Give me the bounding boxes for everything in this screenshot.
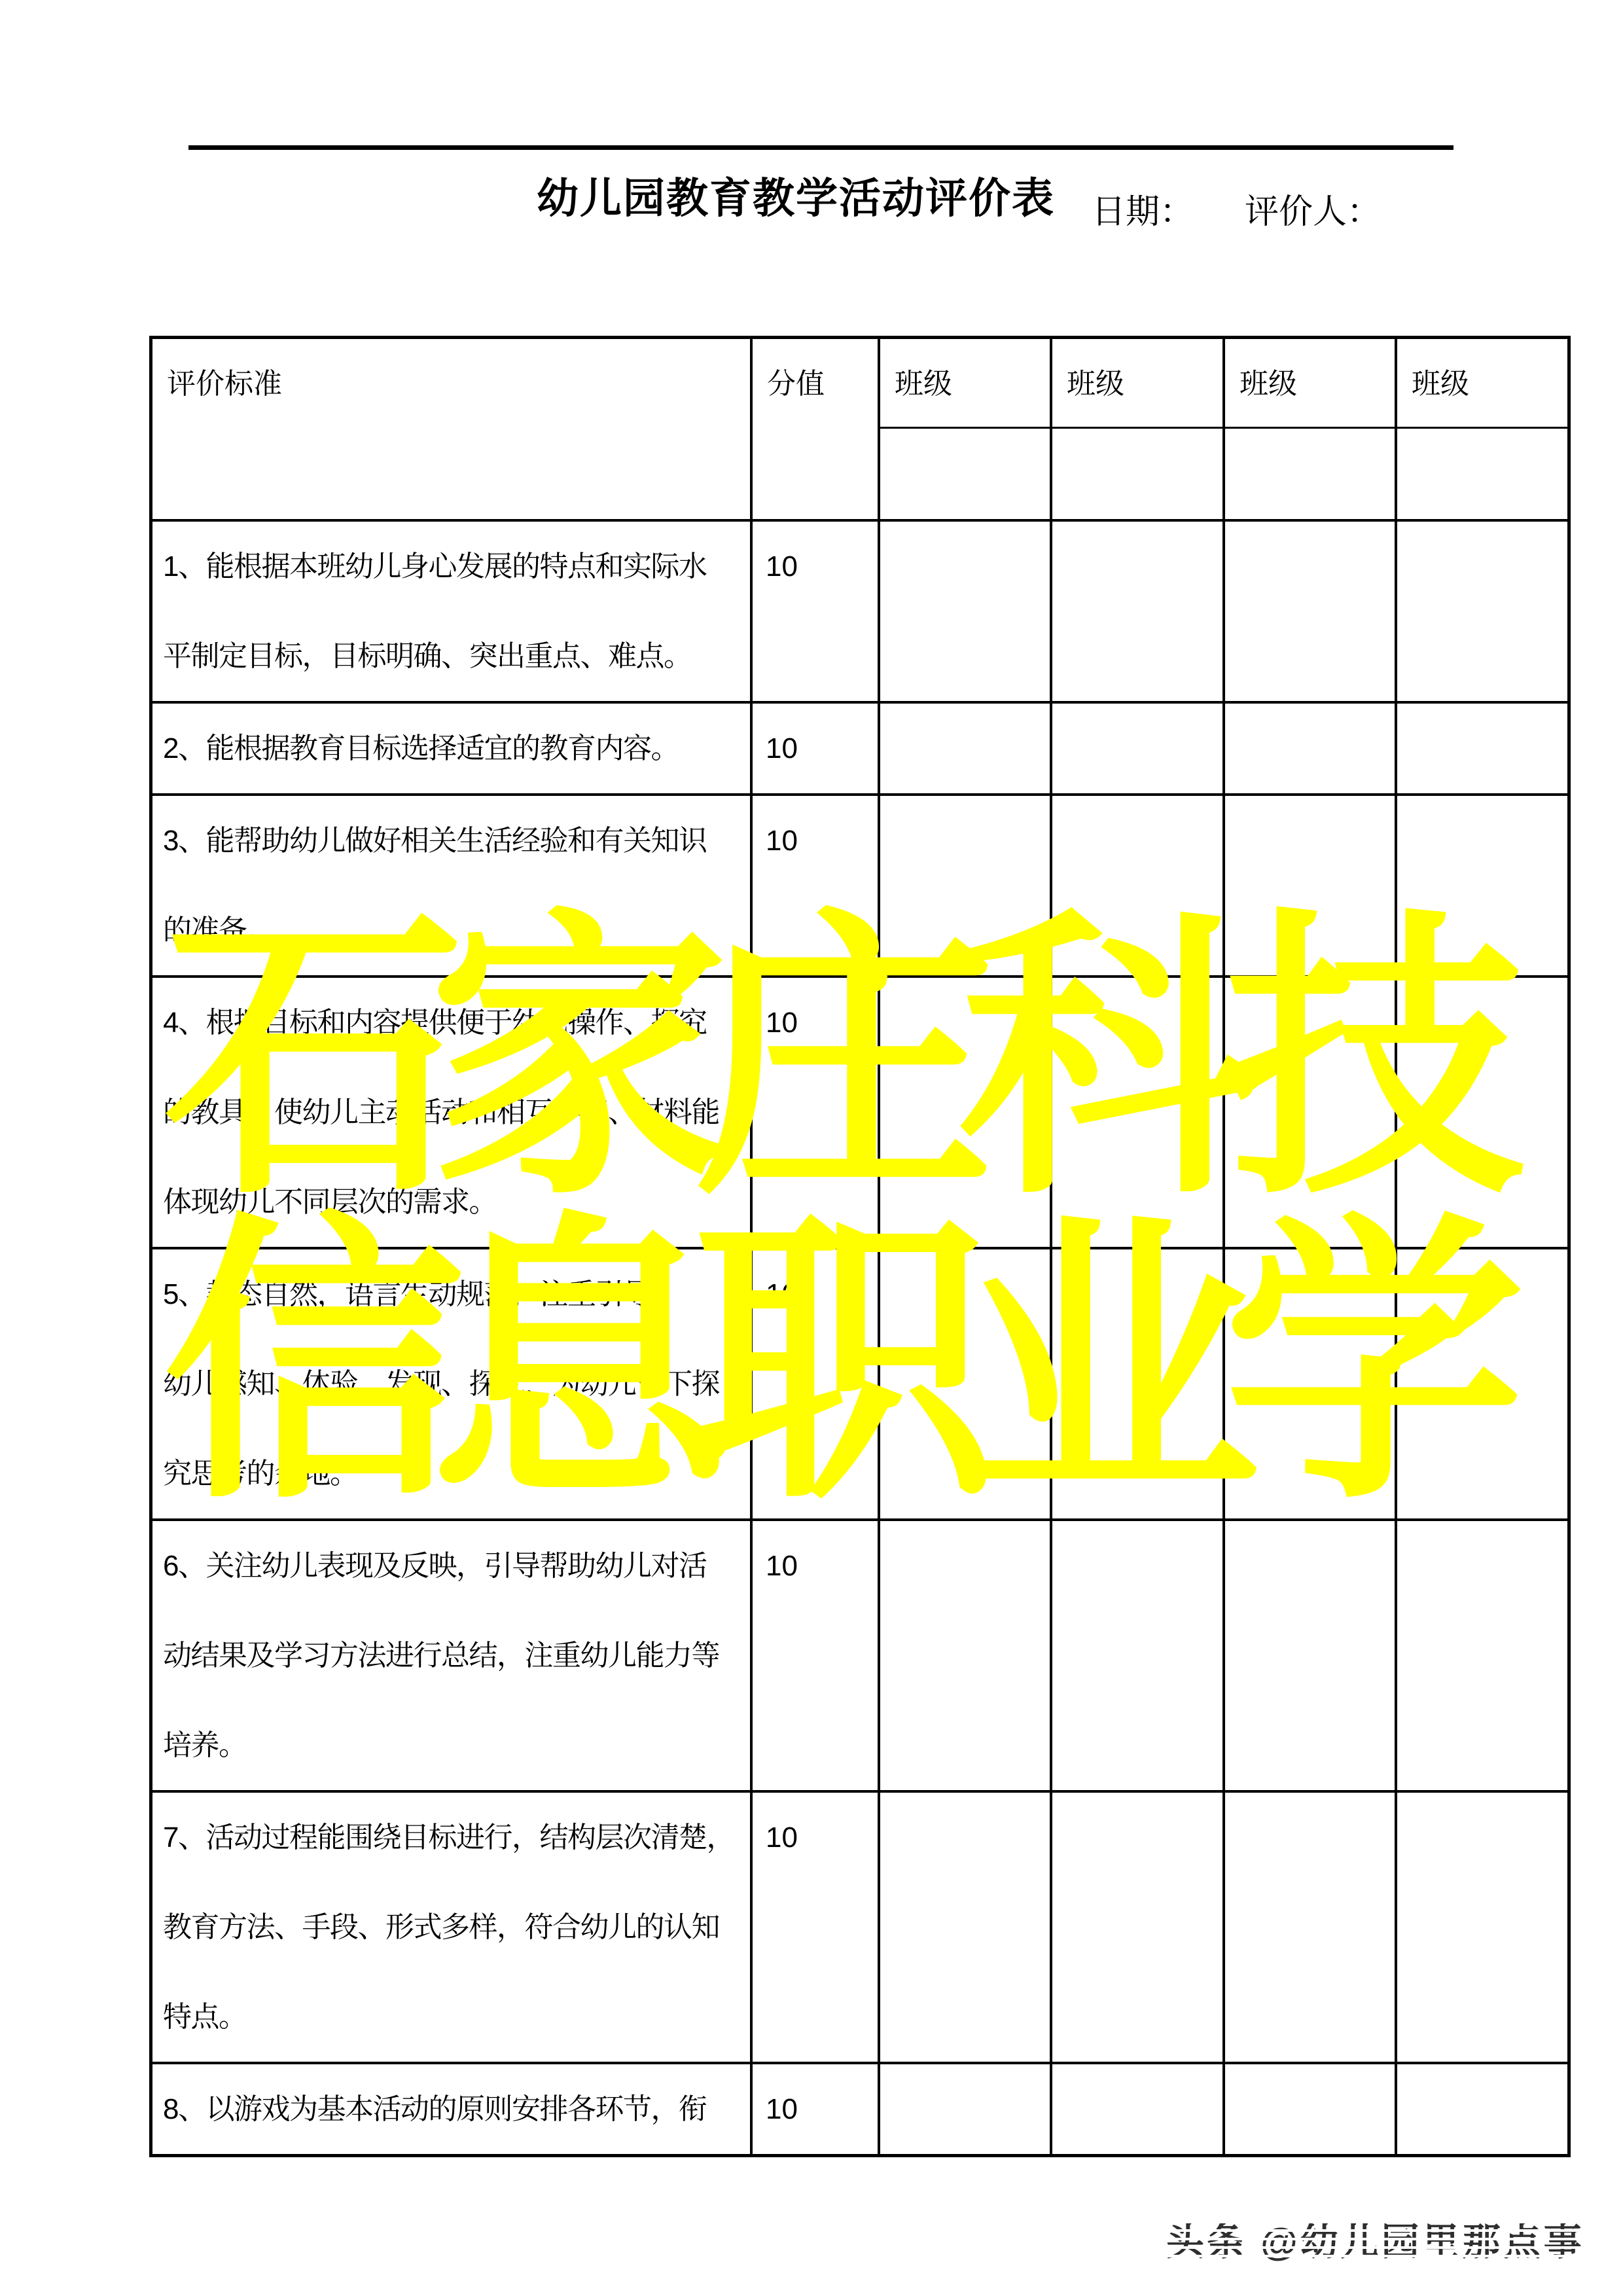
class-cell: [1395, 704, 1567, 793]
class-header-cell: 班级: [1395, 339, 1567, 519]
class-cell: [1222, 2064, 1395, 2154]
class-header-label: 班级: [1225, 339, 1395, 429]
score-cell: 10: [750, 522, 878, 701]
class-header-label: 班级: [1052, 339, 1222, 429]
class-cell: [1222, 1521, 1395, 1790]
criteria-cell: 1、能根据本班幼儿身心发展的特点和实际水 平制定目标，目标明确、突出重点、难点。: [152, 522, 750, 701]
criteria-cell: 2、能根据教育目标选择适宜的教育内容。: [152, 704, 750, 793]
class-cell: [1222, 1793, 1395, 2062]
page-title: 幼儿园教育教学活动评价表: [537, 165, 1055, 225]
table-row: 7、活动过程能围绕目标进行，结构层次清楚， 教育方法、手段、形式多样，符合幼儿的…: [152, 1790, 1567, 2062]
class-header-label: 班级: [1397, 339, 1567, 429]
class-cell: [1395, 522, 1567, 701]
class-header-label: 班级: [880, 339, 1050, 429]
class-cell: [1050, 522, 1222, 701]
class-header-cell: 班级: [1222, 339, 1395, 519]
table-row: 8、以游戏为基本活动的原则安排各环节，衔 10: [152, 2062, 1567, 2154]
class-header-subcell: [880, 429, 1050, 519]
class-cell: [1222, 522, 1395, 701]
class-cell: [1050, 1521, 1222, 1790]
title-rule: [188, 145, 1454, 150]
criteria-header-cell: 评价标准: [152, 339, 750, 519]
score-cell: 10: [750, 1521, 878, 1790]
class-cell: [1395, 1793, 1567, 2062]
class-header-subcell: [1225, 429, 1395, 519]
class-header-cell: 班级: [1050, 339, 1222, 519]
watermark-line-1: 石家庄科技: [164, 910, 1489, 1211]
class-header-cell: 班级: [878, 339, 1050, 519]
class-cell: [878, 2064, 1050, 2154]
document-page: 幼儿园教育教学活动评价表 日期： 评价人： 评价标准 分值 班级 班级 班级 班…: [0, 0, 1623, 2296]
class-cell: [1050, 2064, 1222, 2154]
evaluator-label: 评价人：: [1245, 184, 1381, 233]
class-cell: [878, 1793, 1050, 2062]
class-cell: [1050, 704, 1222, 793]
criteria-cell: 8、以游戏为基本活动的原则安排各环节，衔: [152, 2064, 750, 2154]
score-header-cell: 分值: [750, 339, 878, 519]
table-row: 6、关注幼儿表现及反映，引导帮助幼儿对活 动结果及学习方法进行总结，注重幼儿能力…: [152, 1518, 1567, 1790]
table-header-row: 评价标准 分值 班级 班级 班级 班级: [152, 339, 1567, 519]
class-cell: [878, 1521, 1050, 1790]
score-cell: 10: [750, 2064, 878, 2154]
class-cell: [878, 522, 1050, 701]
class-cell: [878, 704, 1050, 793]
class-cell: [1222, 704, 1395, 793]
class-cell: [1050, 1793, 1222, 2062]
watermark-line-2: 信息职业学: [164, 1214, 1489, 1515]
table-row: 2、能根据教育目标选择适宜的教育内容。 10: [152, 701, 1567, 793]
watermark-credit: 头条 @幼儿园里那点事: [1166, 2211, 1584, 2266]
table-row: 1、能根据本班幼儿身心发展的特点和实际水 平制定目标，目标明确、突出重点、难点。…: [152, 519, 1567, 701]
class-header-subcell: [1052, 429, 1222, 519]
class-cell: [1395, 2064, 1567, 2154]
score-cell: 10: [750, 704, 878, 793]
class-header-subcell: [1397, 429, 1567, 519]
date-label: 日期：: [1092, 184, 1194, 233]
criteria-cell: 6、关注幼儿表现及反映，引导帮助幼儿对活 动结果及学习方法进行总结，注重幼儿能力…: [152, 1521, 750, 1790]
criteria-cell: 7、活动过程能围绕目标进行，结构层次清楚， 教育方法、手段、形式多样，符合幼儿的…: [152, 1793, 750, 2062]
score-cell: 10: [750, 1793, 878, 2062]
class-cell: [1395, 1521, 1567, 1790]
